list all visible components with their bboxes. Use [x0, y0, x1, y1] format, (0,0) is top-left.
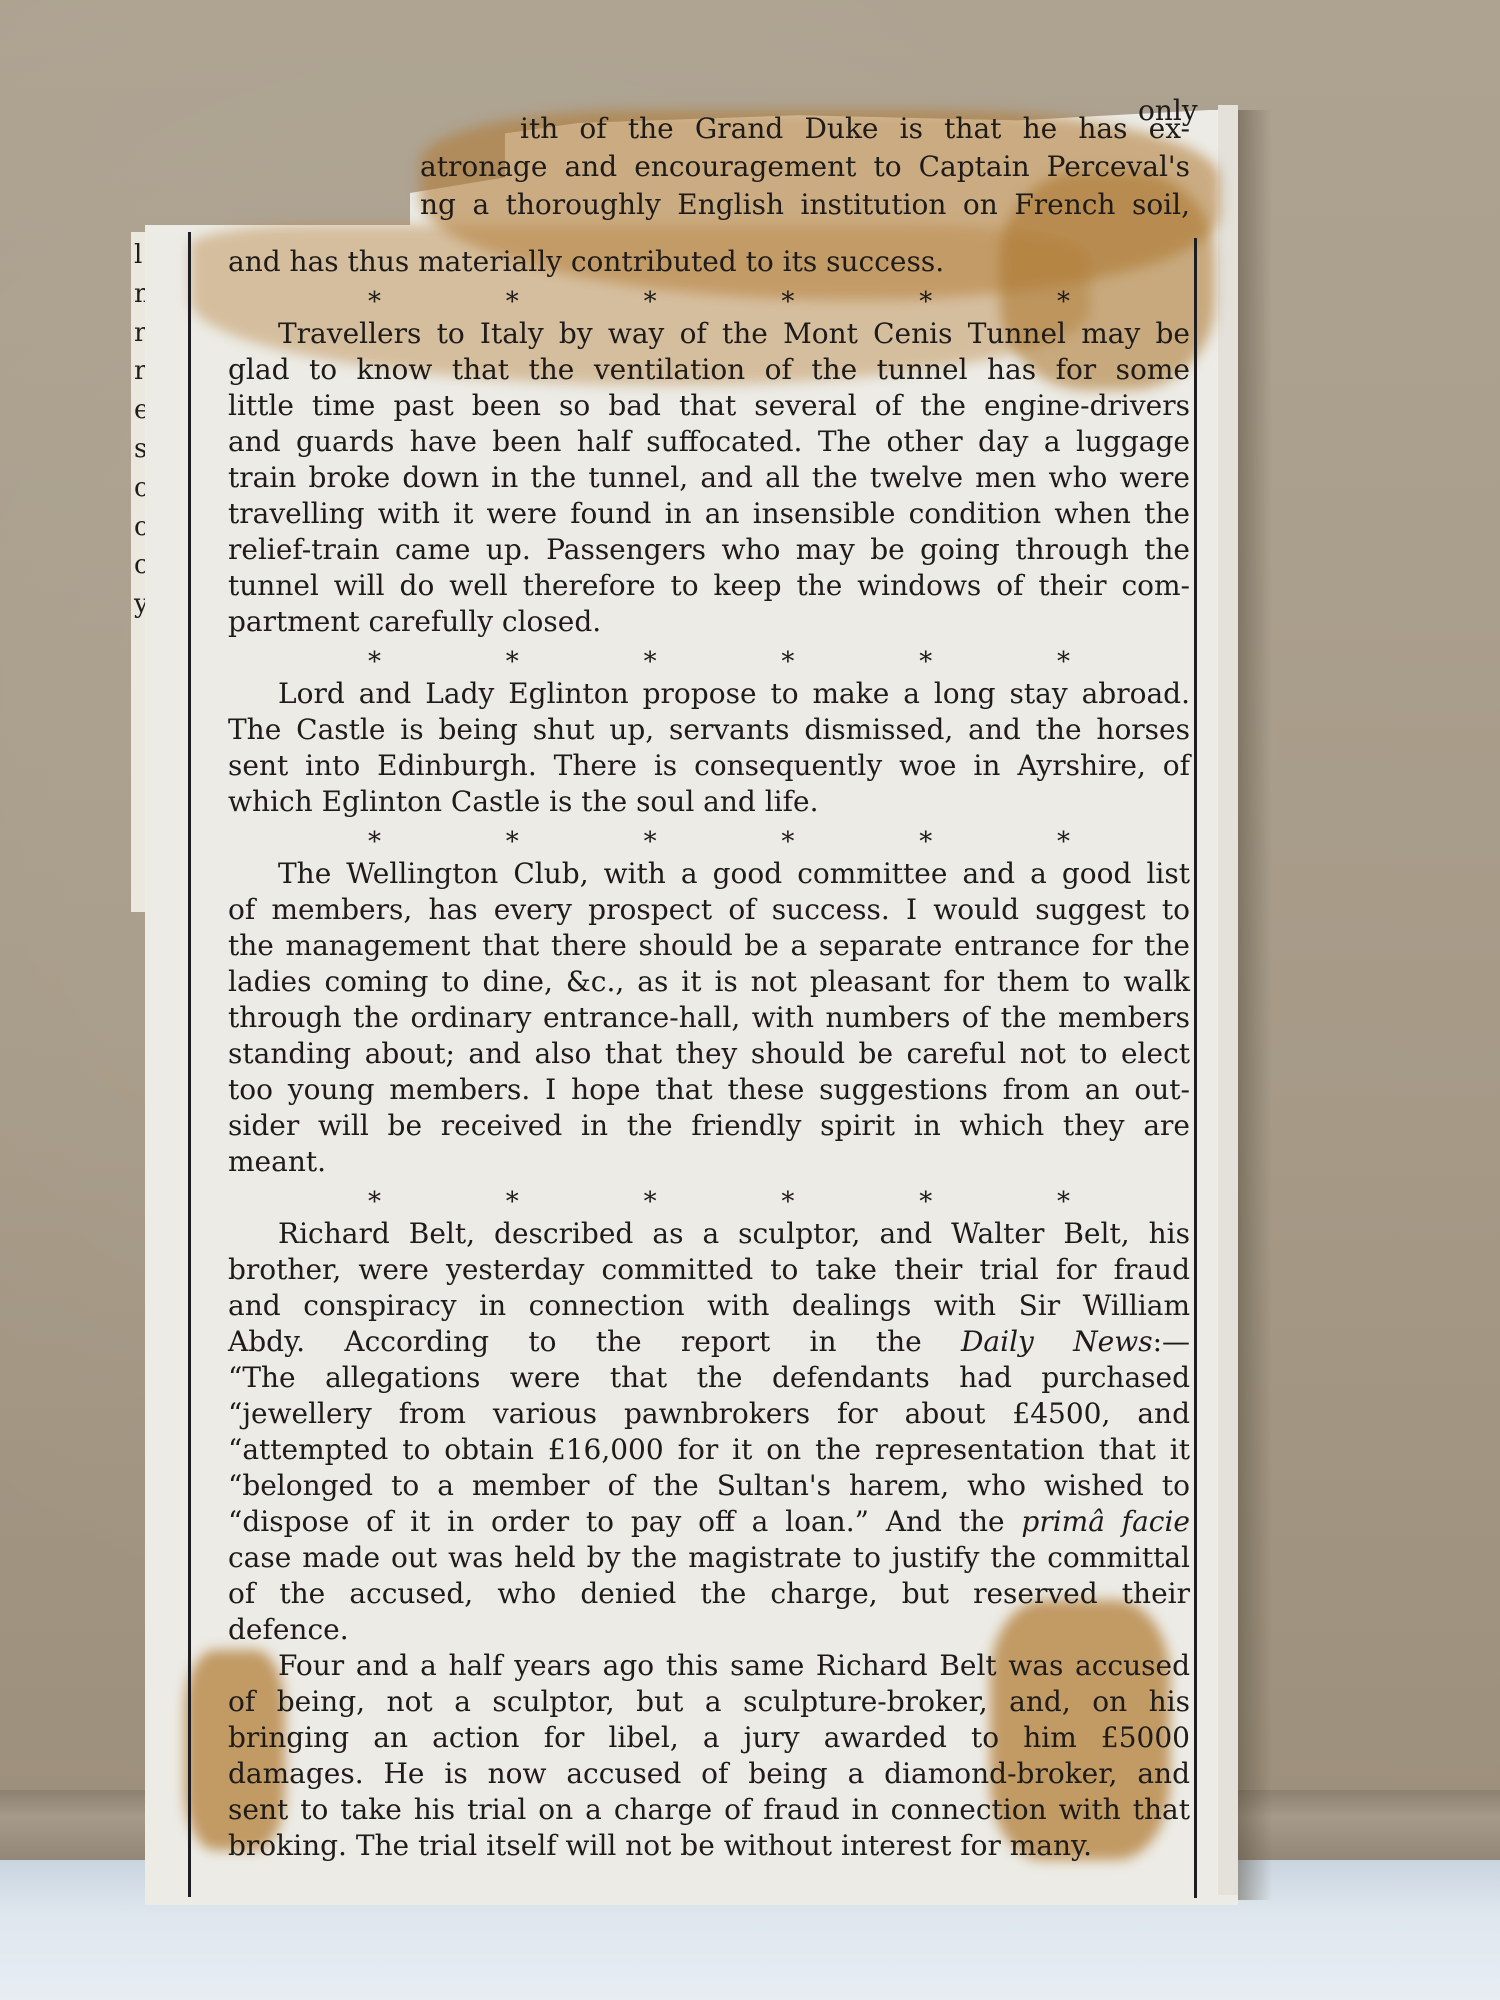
asterisk: * — [919, 280, 932, 316]
article-section-wellington-club: The Wellington Club, with a good committ… — [228, 856, 1190, 1216]
text-line: sent to take his trial on a charge of fr… — [228, 1792, 1190, 1828]
text-line: “jewellery from various pawnbrokers for … — [228, 1396, 1190, 1432]
text-line: travelling with it were found in an inse… — [228, 496, 1190, 532]
text-line: atronage and encouragement to Captain Pe… — [420, 148, 1190, 186]
text-line: and guards have been half suffocated. Th… — [228, 424, 1190, 460]
text-line: brother, were yesterday committed to tak… — [228, 1252, 1190, 1288]
asterisk: * — [644, 1180, 657, 1216]
text-line: “belonged to a member of the Sultan's ha… — [228, 1468, 1190, 1504]
column-rule-left — [188, 232, 191, 1897]
text-line: meant. — [228, 1144, 1190, 1180]
asterisk: * — [644, 280, 657, 316]
text-line: The Wellington Club, with a good committ… — [228, 856, 1190, 892]
text-line: and conspiracy in connection with dealin… — [228, 1288, 1190, 1324]
text-line: and has thus materially contributed to i… — [228, 244, 1190, 280]
section-separator: ****** — [228, 820, 1190, 856]
text-line: Richard Belt, described as a sculptor, a… — [228, 1216, 1190, 1252]
text-line: Travellers to Italy by way of the Mont C… — [228, 316, 1190, 352]
asterisk: * — [368, 820, 381, 856]
asterisk: * — [644, 820, 657, 856]
text-line: partment carefully closed. — [228, 604, 1190, 640]
article-section-richard-belt-2: Four and a half years ago this same Rich… — [228, 1648, 1190, 1864]
asterisk: * — [781, 640, 794, 676]
article-section-mont-cenis: Travellers to Italy by way of the Mont C… — [228, 316, 1190, 676]
text-line: little time past been so bad that severa… — [228, 388, 1190, 424]
asterisk: * — [1057, 280, 1070, 316]
text-line: sider will be received in the friendly s… — [228, 1108, 1190, 1144]
text-line: which Eglinton Castle is the soul and li… — [228, 784, 1190, 820]
text-line: ith of the Grand Duke is that he has ex- — [520, 110, 1190, 148]
asterisk: * — [919, 640, 932, 676]
text-line: of members, has every prospect of succes… — [228, 892, 1190, 928]
asterisk: * — [506, 820, 519, 856]
asterisk: * — [506, 280, 519, 316]
section-separator: ****** — [228, 1180, 1190, 1216]
text-line: of being, not a sculptor, but a sculptur… — [228, 1684, 1190, 1720]
asterisk: * — [368, 1180, 381, 1216]
asterisk: * — [1057, 640, 1070, 676]
text-line: damages. He is now accused of being a di… — [228, 1756, 1190, 1792]
text-line: defence. — [228, 1612, 1190, 1648]
asterisk: * — [368, 280, 381, 316]
asterisk: * — [644, 640, 657, 676]
text-line: bringing an action for libel, a jury awa… — [228, 1720, 1190, 1756]
asterisk: * — [506, 640, 519, 676]
text-line: too young members. I hope that these sug… — [228, 1072, 1190, 1108]
text-line: “attempted to obtain £16,000 for it on t… — [228, 1432, 1190, 1468]
asterisk: * — [781, 1180, 794, 1216]
text-line: ng a thoroughly English institution on F… — [420, 186, 1190, 224]
article-section-grand-duke: and has thus materially contributed to i… — [228, 244, 1190, 316]
text-line: through the ordinary entrance-hall, with… — [228, 1000, 1190, 1036]
text-line: ladies coming to dine, &c., as it is not… — [228, 964, 1190, 1000]
column-rule-right — [1194, 238, 1197, 1898]
asterisk: * — [1057, 1180, 1070, 1216]
asterisk: * — [1057, 820, 1070, 856]
article-section-eglinton: Lord and Lady Eglinton propose to make a… — [228, 676, 1190, 856]
text-line: relief-train came up. Passengers who may… — [228, 532, 1190, 568]
asterisk: * — [919, 1180, 932, 1216]
article-column: and has thus materially contributed to i… — [228, 244, 1190, 1864]
asterisk: * — [368, 640, 381, 676]
text-line: Four and a half years ago this same Rich… — [228, 1648, 1190, 1684]
asterisk: * — [781, 280, 794, 316]
asterisk: * — [781, 820, 794, 856]
text-line: broking. The trial itself will not be wi… — [228, 1828, 1190, 1864]
text-line: train broke down in the tunnel, and all … — [228, 460, 1190, 496]
text-line: “dispose of it in order to pay off a loa… — [228, 1504, 1190, 1540]
article-section-richard-belt: Richard Belt, described as a sculptor, a… — [228, 1216, 1190, 1648]
text-line: case made out was held by the magistrate… — [228, 1540, 1190, 1576]
section-separator: ****** — [228, 280, 1190, 316]
text-line: Lord and Lady Eglinton propose to make a… — [228, 676, 1190, 712]
text-line: standing about; and also that they shoul… — [228, 1036, 1190, 1072]
text-line: the management that there should be a se… — [228, 928, 1190, 964]
asterisk: * — [506, 1180, 519, 1216]
asterisk: * — [919, 820, 932, 856]
text-line: The Castle is being shut up, servants di… — [228, 712, 1190, 748]
text-line: glad to know that the ventilation of the… — [228, 352, 1190, 388]
section-separator: ****** — [228, 640, 1190, 676]
text-line: of the accused, who denied the charge, b… — [228, 1576, 1190, 1612]
text-line: “The allegations were that the defendant… — [228, 1360, 1190, 1396]
text-line: sent into Edinburgh. There is consequent… — [228, 748, 1190, 784]
clipping-shadow — [1238, 110, 1272, 1900]
text-line: Abdy. According to the report in the Dai… — [228, 1324, 1190, 1360]
text-line: tunnel will do well therefore to keep th… — [228, 568, 1190, 604]
clipping-right-margin — [1218, 105, 1238, 1895]
torn-top-lines: ith of the Grand Duke is that he has ex-… — [520, 110, 1190, 224]
